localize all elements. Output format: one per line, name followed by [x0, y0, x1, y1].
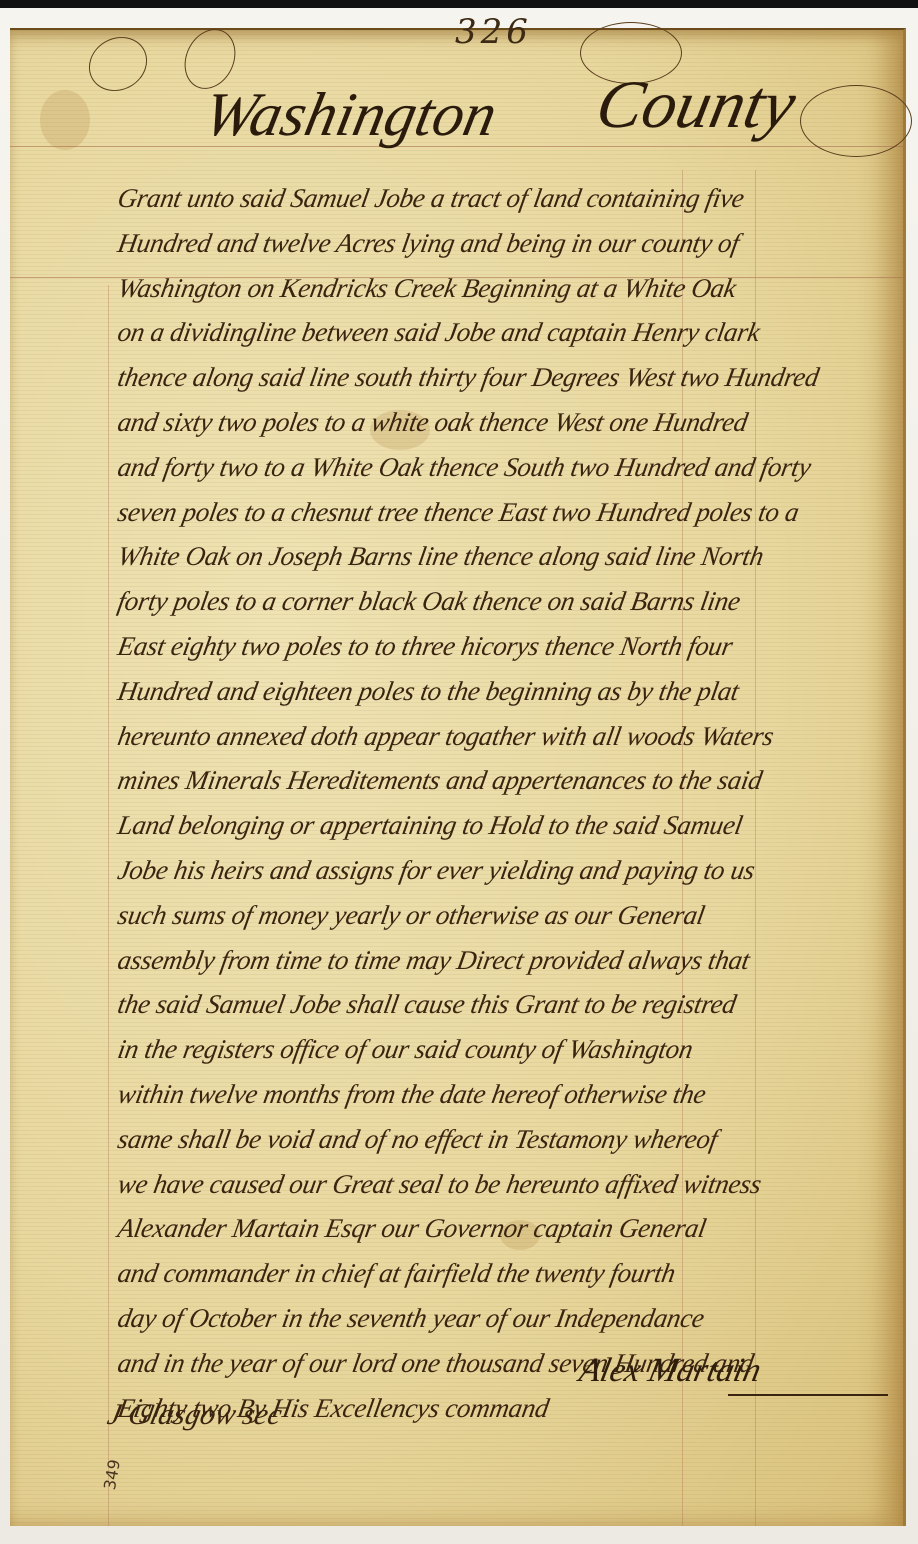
text-line: hereunto annexed doth appear togather wi…	[114, 714, 892, 759]
heading-flourish	[800, 85, 912, 157]
text-line: day of October in the seventh year of ou…	[114, 1296, 892, 1341]
text-line: such sums of money yearly or otherwise a…	[114, 893, 892, 938]
text-line: we have caused our Great seal to be here…	[114, 1162, 892, 1207]
text-line: Hundred and eighteen poles to the beginn…	[114, 669, 892, 714]
grant-text: Grant unto said Samuel Jobe a tract of l…	[118, 176, 888, 1430]
text-line: Washington on Kendricks Creek Beginning …	[114, 266, 892, 311]
text-line: forty poles to a corner black Oak thence…	[114, 579, 892, 624]
text-line: in the registers office of our said coun…	[114, 1027, 892, 1072]
text-line: White Oak on Joseph Barns line thence al…	[114, 534, 892, 579]
text-line: Grant unto said Samuel Jobe a tract of l…	[114, 176, 892, 221]
text-line: on a dividingline between said Jobe and …	[114, 310, 892, 355]
text-line: East eighty two poles to to three hicory…	[114, 624, 892, 669]
text-line: the said Samuel Jobe shall cause this Gr…	[114, 982, 892, 1027]
text-line: Alexander Martain Esqr our Governor capt…	[114, 1206, 892, 1251]
text-line: same shall be void and of no effect in T…	[114, 1117, 892, 1162]
paper-stain	[40, 90, 90, 150]
text-line: assembly from time to time may Direct pr…	[114, 938, 892, 983]
text-line: Hundred and twelve Acres lying and being…	[114, 221, 892, 266]
text-line: mines Minerals Hereditements and apperte…	[114, 758, 892, 803]
heading-county-label: County	[590, 65, 803, 144]
text-line: Land belonging or appertaining to Hold t…	[114, 803, 892, 848]
scan-border-top	[0, 0, 918, 8]
text-line: thence along said line south thirty four…	[114, 355, 892, 400]
text-line: and commander in chief at fairfield the …	[114, 1251, 892, 1296]
text-line: and sixty two poles to a white oak thenc…	[114, 400, 892, 445]
text-line: Jobe his heirs and assigns for ever yiel…	[114, 848, 892, 893]
signature-underline	[728, 1394, 888, 1396]
secretary-signature: J Glasgow sec	[104, 1398, 285, 1432]
text-line: and in the year of our lord one thousand…	[114, 1341, 892, 1386]
governor-signature: Alex Martain	[576, 1352, 764, 1390]
text-line: within twelve months from the date hereo…	[114, 1072, 892, 1117]
text-line: and forty two to a White Oak thence Sout…	[114, 445, 892, 490]
heading-county-name: Washington	[197, 80, 503, 151]
margin-line	[108, 285, 109, 1526]
text-line: seven poles to a chesnut tree thence Eas…	[114, 490, 892, 535]
page-number: 326	[455, 12, 532, 52]
